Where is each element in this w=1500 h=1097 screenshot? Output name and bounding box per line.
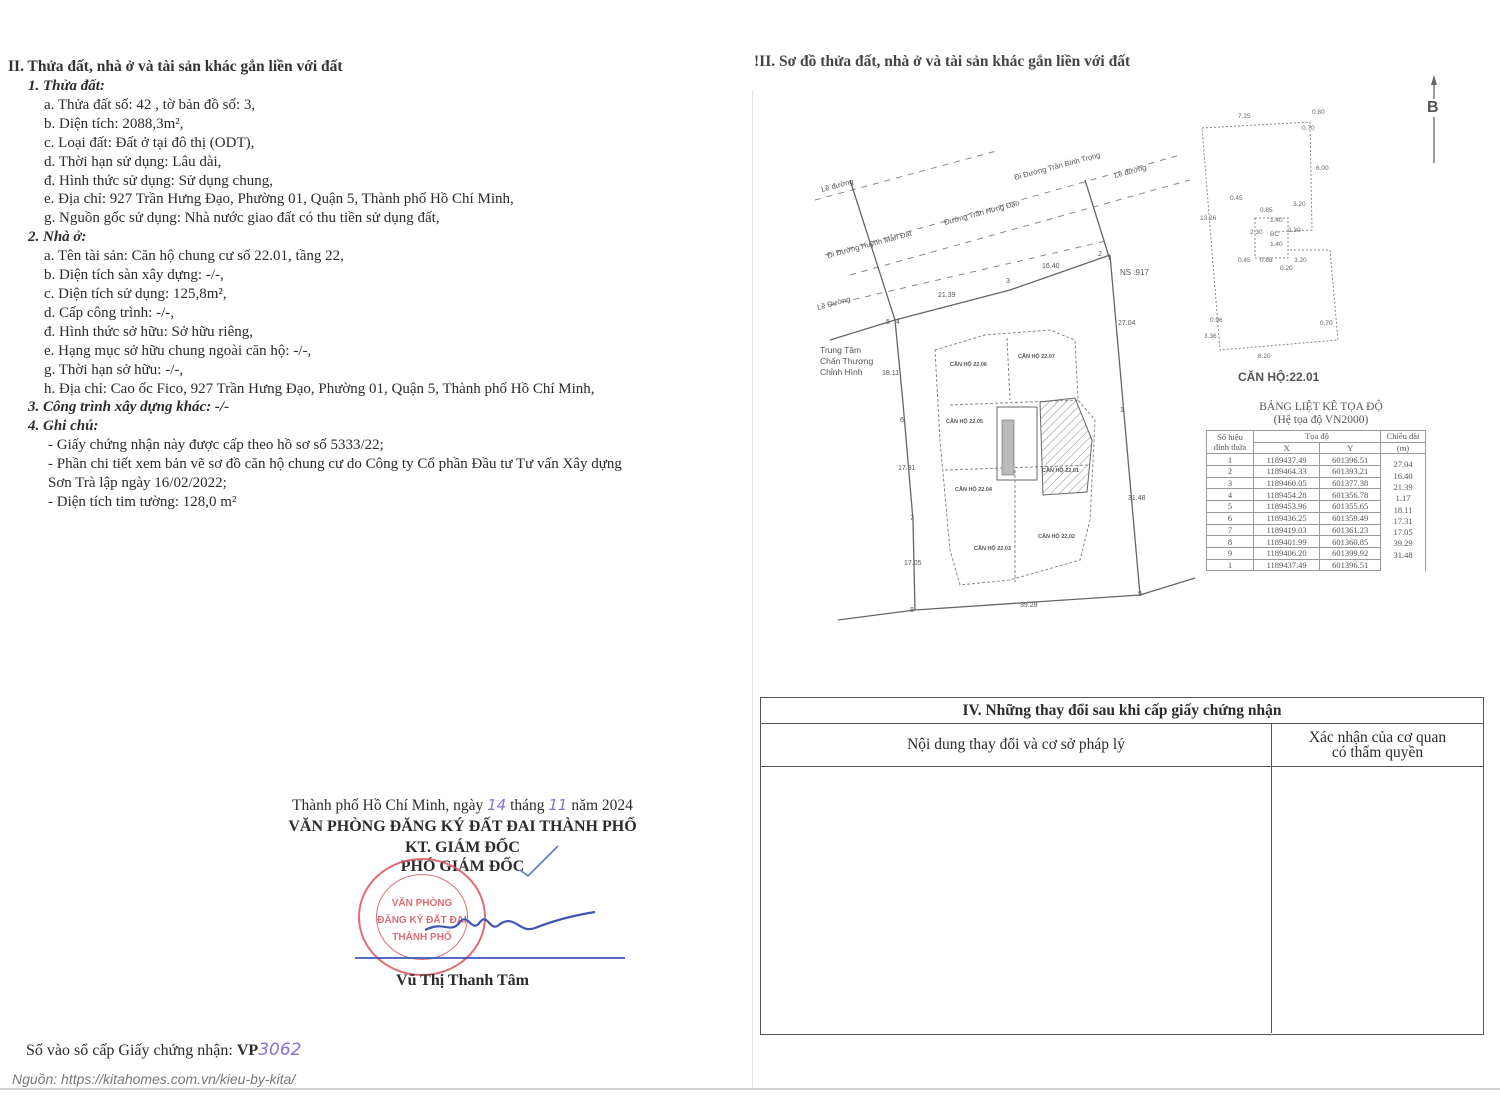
site-plan-map: Lề đường Lề đường Lề Đường Đi Đường Trần…	[810, 140, 1200, 630]
notes-items: - Giấy chứng nhận này được cấp theo hồ s…	[0, 436, 740, 512]
detail-line: h. Địa chỉ: Cao ốc Fico, 927 Trần Hưng Đ…	[0, 380, 740, 399]
house-heading: 2. Nhà ở:	[0, 228, 740, 247]
edge-length-5-6: 18.11	[882, 370, 899, 377]
unit-dimension: 0.45	[1238, 257, 1251, 264]
cell-id: 8	[1207, 536, 1254, 548]
notes-heading: 4. Ghi chú:	[0, 417, 740, 436]
unit-dimension: 0.65	[1260, 257, 1273, 264]
unit-label-22-03: CĂN HỘ 22.03	[974, 544, 1011, 552]
detail-line: Sơn Trà lập ngày 16/02/2022;	[0, 474, 740, 493]
cell-id: 3	[1207, 477, 1254, 489]
cell-x: 1189453.96	[1254, 501, 1320, 513]
unit-plan-title: CĂN HỘ:22.01	[1238, 370, 1319, 384]
cell-y: 601359.49	[1320, 512, 1381, 524]
map-label-tran-hung-dao: Đường Trần Hưng Đạo	[943, 198, 1020, 227]
land-house-details: 1. Thửa đất: a. Thửa đất số: 42 , tờ bản…	[0, 77, 740, 512]
cell-id: 1	[1207, 454, 1254, 466]
section-3-title: !II. Sơ đồ thửa đất, nhà ở và tài sản kh…	[754, 53, 1130, 71]
edge-length: 39.29	[1384, 538, 1422, 549]
col-confirm-line-1: Xác nhận của cơ quan	[1309, 730, 1446, 745]
cell-id: 6	[1207, 512, 1254, 524]
signer-name: Vũ Thị Thanh Tâm	[255, 972, 670, 991]
signature-date: Thành phố Hồ Chí Minh, ngày 14 tháng 11 …	[255, 796, 670, 816]
detail-line: đ. Hình thức sở hữu: Sở hữu riêng,	[0, 323, 740, 342]
cell-y: 601355.65	[1320, 501, 1381, 513]
cell-x: 1189437.49	[1254, 454, 1320, 466]
edge-length-8-9: 39.29	[1020, 602, 1038, 609]
cell-y: 601377.38	[1320, 477, 1381, 489]
vertex-1: 1	[1120, 407, 1124, 414]
detail-line: b. Diện tích sàn xây dựng: -/-,	[0, 266, 740, 285]
edge-length: 16.40	[1384, 471, 1422, 482]
edge-length: 1.17	[1384, 493, 1422, 504]
edge-length-2-1: 27.04	[1118, 320, 1136, 327]
unit-dimension: 0.80	[1312, 109, 1325, 116]
unit-dimension: 2.30	[1288, 227, 1301, 234]
cell-x: 1189401.99	[1254, 536, 1320, 548]
cell-x: 1189460.05	[1254, 477, 1320, 489]
map-label-road-edge-2: Lề đường	[1113, 163, 1147, 180]
lengths-cell: 27.0416.4021.391.1718.1117.3117.0539.293…	[1381, 454, 1426, 571]
col-confirm-line-2: có thẩm quyền	[1332, 745, 1423, 760]
house-items: a. Tên tài sản: Căn hộ chung cư số 22.01…	[0, 247, 740, 398]
vertex-9: 9	[1138, 591, 1142, 598]
coordinate-table-block: BẢNG LIỆT KÊ TỌA ĐỘ (Hệ tọa độ VN2000) S…	[1206, 401, 1436, 571]
col-vertex: Số hiệu đỉnh thửa	[1207, 431, 1254, 454]
bottom-rule	[0, 1088, 1500, 1090]
unit-dimension: 0.20	[1280, 265, 1293, 272]
unit-dimension: 0.45	[1230, 195, 1243, 202]
kt-director: KT. GIÁM ĐỐC	[255, 839, 670, 858]
north-arrow-icon	[1424, 75, 1444, 165]
vertex-5: 5	[886, 319, 890, 326]
cell-x: 1189419.03	[1254, 524, 1320, 536]
edge-length-7-8: 17.05	[904, 560, 922, 567]
page-fold	[752, 90, 753, 1090]
source-caption: Nguồn: https://kitahomes.com.vn/kieu-by-…	[12, 1071, 295, 1087]
unit-dimension: 6.00	[1316, 165, 1329, 172]
cell-y: 601399.92	[1320, 547, 1381, 559]
detail-line: a. Thửa đất số: 42 , tờ bản đồ số: 3,	[0, 96, 740, 115]
detail-line: đ. Hình thức sử dụng: Sử dụng chung,	[0, 172, 740, 191]
changes-title: IV. Những thay đổi sau khi cấp giấy chứn…	[761, 698, 1483, 724]
col-authority-confirmation: Xác nhận của cơ quan có thẩm quyền	[1272, 724, 1483, 766]
col-length-unit: (m)	[1381, 442, 1426, 454]
table-row: 11189437.49601396.5127.0416.4021.391.171…	[1207, 454, 1426, 466]
cell-x: 1189437.49	[1254, 559, 1320, 571]
unit-dimension: 0.96	[1210, 317, 1223, 324]
cell-y: 601356.78	[1320, 489, 1381, 501]
vertex-4: 4	[896, 319, 900, 326]
registry-prefix: VP	[237, 1042, 258, 1059]
vertex-8: 8	[910, 607, 914, 614]
cell-x: 1189436.25	[1254, 512, 1320, 524]
month-label: tháng	[510, 797, 544, 814]
unit-dimension: 13.26	[1200, 215, 1217, 222]
north-arrow: B	[1424, 75, 1444, 165]
edge-length: 18.11	[1384, 505, 1422, 516]
unit-dimension: 1.40	[1270, 217, 1283, 224]
registry-handwritten: 3062	[258, 1040, 301, 1060]
col-x: X	[1254, 442, 1320, 454]
detail-line: - Diện tích tim tường: 128,0 m²	[0, 493, 740, 512]
unit-dimension: 3.20	[1293, 201, 1306, 208]
detail-line: - Giấy chứng nhận này được cấp theo hồ s…	[0, 436, 740, 455]
cell-y: 601361.23	[1320, 524, 1381, 536]
col-length: Chiều dài	[1381, 431, 1426, 443]
col-change-content: Nội dung thay đổi và cơ sở pháp lý	[761, 724, 1272, 766]
map-label-neighbor-3: Chỉnh Hình	[820, 367, 863, 377]
unit-label-22-04: CĂN HỘ 22.04	[955, 485, 993, 493]
section-2-title: II. Thửa đất, nhà ở và tài sản khác gắn …	[8, 58, 343, 76]
unit-label-22-06: CĂN HỘ 22.06	[950, 360, 987, 368]
cell-id: 1	[1207, 559, 1254, 571]
detail-line: a. Tên tài sản: Căn hộ chung cư số 22.01…	[0, 247, 740, 266]
edge-length-9-1: 31.48	[1128, 495, 1146, 502]
detail-line: b. Diện tích: 2088,3m²,	[0, 115, 740, 134]
unit-label-22-05: CĂN HỘ 22.05	[946, 417, 983, 425]
date-day: 14	[487, 796, 506, 814]
land-items: a. Thửa đất số: 42 , tờ bản đồ số: 3,b. …	[0, 96, 740, 228]
cell-id: 9	[1207, 547, 1254, 559]
cell-x: 1189464.33	[1254, 466, 1320, 478]
other-works: 3. Công trình xây dựng khác: -/-	[0, 398, 740, 417]
vertex-7: 7	[910, 515, 914, 522]
unit-label-22-02: CĂN HỘ 22.02	[1038, 532, 1075, 540]
col-coord: Tọa độ	[1254, 431, 1381, 443]
coord-table-subtitle: (Hệ tọa độ VN2000)	[1206, 414, 1436, 427]
unit-dimension: 0.85	[1260, 207, 1273, 214]
check-mark-icon	[500, 840, 570, 880]
detail-line: e. Địa chỉ: 927 Trần Hưng Đạo, Phường 01…	[0, 190, 740, 209]
detail-line: c. Loại đất: Đất ở tại đô thị (ODT),	[0, 134, 740, 153]
map-label-road-edge-1: Lề đường	[820, 177, 854, 194]
cell-y: 601396.51	[1320, 559, 1381, 571]
map-label-tran-binh-trong: Đi Đường Trần Bình Trọng	[1013, 150, 1101, 182]
cell-x: 1189454.28	[1254, 489, 1320, 501]
vertex-3: 3	[1006, 278, 1010, 285]
changes-table: IV. Những thay đổi sau khi cấp giấy chứn…	[760, 697, 1484, 1035]
vertex-6: 6	[900, 417, 904, 424]
north-label: B	[1427, 99, 1439, 117]
edge-length: 21.39	[1384, 482, 1422, 493]
detail-line: e. Hạng mục sở hữu chung ngoài căn hộ: -…	[0, 342, 740, 361]
unit-dimension: 1.40	[1270, 241, 1283, 248]
handwritten-signature	[350, 900, 640, 970]
unit-dimension: 0.70	[1320, 320, 1333, 327]
unit-label-22-07: CĂN HỘ 22.07	[1018, 352, 1055, 360]
edge-length: 31.48	[1384, 550, 1422, 561]
cell-id: 7	[1207, 524, 1254, 536]
cell-y: 601393.21	[1320, 466, 1381, 478]
unit-dimension: 7.25	[1238, 113, 1251, 120]
edge-length: 27.04	[1384, 459, 1422, 470]
issuing-office: VĂN PHÒNG ĐĂNG KÝ ĐẤT ĐAI THÀNH PHỐ	[255, 818, 670, 837]
unit-label-22-01: CĂN HỘ 22.01	[1042, 466, 1079, 474]
unit-dimension: 2.30	[1250, 229, 1263, 236]
vertex-2: 2	[1098, 251, 1102, 258]
cell-id: 2	[1207, 466, 1254, 478]
edge-length: 17.05	[1384, 527, 1422, 538]
detail-line: d. Thời hạn sử dụng: Lâu dài,	[0, 153, 740, 172]
unit-floor-plan: 7.250.800.706.000.453.200.851.402.30BC1.…	[1190, 100, 1340, 360]
detail-line: - Phần chi tiết xem bản vẽ sơ đồ căn hộ …	[0, 455, 740, 474]
unit-dimension: 3.36	[1204, 333, 1217, 340]
detail-line: g. Thời hạn sở hữu: -/-,	[0, 361, 740, 380]
cell-id: 4	[1207, 489, 1254, 501]
map-label-ns: NS :917	[1120, 268, 1149, 277]
date-prefix: Thành phố Hồ Chí Minh, ngày	[292, 797, 483, 814]
detail-line: d. Cấp công trình: -/-,	[0, 304, 740, 323]
year-label: năm 2024	[571, 797, 633, 814]
date-month: 11	[548, 796, 567, 814]
map-label-neighbor-1: Trung Tâm	[820, 345, 861, 355]
map-label-huynh-man-dat: Đi Đường Huỳnh Mẫn Đạt	[826, 228, 913, 259]
land-heading: 1. Thửa đất:	[0, 77, 740, 96]
unit-dimension: BC	[1270, 231, 1279, 238]
detail-line: g. Nguồn gốc sử dụng: Nhà nước giao đất …	[0, 209, 740, 228]
coord-table-title: BẢNG LIỆT KÊ TỌA ĐỘ	[1206, 401, 1436, 414]
cell-x: 1189406.20	[1254, 547, 1320, 559]
cell-y: 601360.85	[1320, 536, 1381, 548]
unit-dimension: 0.70	[1302, 125, 1315, 132]
map-label-road-edge-3: Lề Đường	[816, 294, 851, 312]
col-y: Y	[1320, 442, 1381, 454]
coordinate-table: Số hiệu đỉnh thửa Tọa độ Chiều dài X Y (…	[1206, 430, 1426, 571]
edge-length-4-3: 21.39	[938, 292, 956, 299]
change-content-cell	[761, 767, 1272, 1033]
edge-length-3-2: 16.40	[1042, 263, 1060, 270]
unit-dimension: 3.20	[1294, 257, 1307, 264]
registry-label: Số vào sổ cấp Giấy chứng nhận:	[26, 1042, 233, 1059]
cell-id: 5	[1207, 501, 1254, 513]
edge-length: 17.31	[1384, 516, 1422, 527]
map-label-neighbor-2: Chấn Thương	[820, 356, 873, 366]
unit-dimension: 8.20	[1258, 353, 1271, 360]
cell-y: 601396.51	[1320, 454, 1381, 466]
detail-line: c. Diện tích sử dụng: 125,8m²,	[0, 285, 740, 304]
edge-length-6-7: 17.31	[898, 465, 916, 472]
registry-number: Số vào sổ cấp Giấy chứng nhận: VP3062	[26, 1041, 301, 1061]
